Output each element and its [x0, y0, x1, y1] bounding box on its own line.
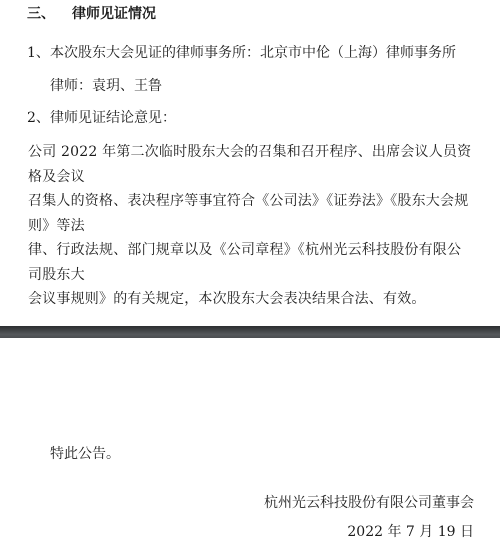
conclusion-paragraph: 公司 2022 年第二次临时股东大会的召集和召开程序、出席会议人员资格及会议 召… — [28, 140, 472, 312]
law-firm-line: 本次股东大会见证的律师事务所：北京市中伦（上海）律师事务所 — [50, 44, 456, 62]
page-separator — [0, 326, 500, 338]
conclusion-line: 召集人的资格、表决程序等事宜符合《公司法》《证券法》《股东大会规则》等法 — [28, 189, 472, 238]
document-page-bottom: 特此公告。 杭州光云科技股份有限公司董事会 2022 年 7 月 19 日 — [0, 338, 500, 541]
conclusion-line: 会议事规则》的有关规定，本次股东大会表决结果合法、有效。 — [28, 287, 472, 312]
section-title: 律师见证情况 — [72, 5, 156, 23]
conclusion-line: 律、行政法规、部门规章以及《公司章程》《杭州光云科技股份有限公司股东大 — [28, 238, 472, 287]
document-page-top: 三、 律师见证情况 1、 本次股东大会见证的律师事务所：北京市中伦（上海）律师事… — [0, 0, 500, 326]
lawyers-line: 律师：袁玥、王鲁 — [50, 77, 162, 95]
conclusion-line: 公司 2022 年第二次临时股东大会的召集和召开程序、出席会议人员资格及会议 — [28, 140, 472, 189]
signature-company: 杭州光云科技股份有限公司董事会 — [264, 494, 474, 512]
item-number: 1、 — [27, 44, 50, 62]
item-number: 2、 — [27, 109, 50, 127]
closing-text: 特此公告。 — [50, 445, 120, 463]
section-number: 三、 — [27, 5, 55, 23]
signature-date: 2022 年 7 月 19 日 — [347, 523, 474, 541]
conclusion-heading: 律师见证结论意见： — [50, 109, 176, 127]
